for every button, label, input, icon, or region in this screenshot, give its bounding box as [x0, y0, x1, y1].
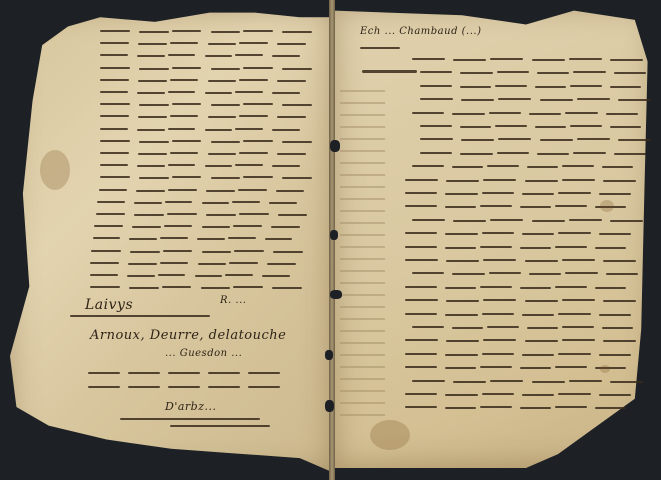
handwriting-stroke: [170, 79, 199, 81]
handwriting-stroke: [522, 314, 554, 316]
handwriting-stroke: [565, 112, 597, 114]
handwriting-stroke: [282, 68, 312, 70]
handwriting-stroke: [405, 259, 438, 261]
handwriting-stroke: [138, 80, 167, 82]
handwriting-stroke: [569, 58, 602, 60]
handwriting-stroke: [340, 270, 385, 272]
handwriting-stroke: [525, 180, 558, 182]
handwriting-stroke: [276, 190, 305, 192]
handwriting-stroke: [267, 263, 296, 265]
handwriting-stroke: [340, 126, 385, 128]
handwriting-stroke: [239, 213, 269, 215]
handwriting-stroke: [172, 140, 202, 142]
handwriting-stroke: [96, 213, 126, 215]
handwriting-stroke: [340, 390, 385, 392]
handwriting-stroke: [233, 225, 262, 227]
handwriting-stroke: [614, 153, 646, 155]
handwriting-stroke: [490, 58, 523, 60]
handwriting-stroke: [405, 393, 437, 395]
handwriting-stroke: [165, 201, 193, 203]
handwriting-stroke: [232, 201, 260, 203]
handwriting-stroke: [412, 380, 445, 382]
handwriting-stroke: [453, 59, 486, 61]
handwriting-stroke: [420, 125, 452, 127]
handwriting-stroke: [100, 91, 128, 93]
handwriting-stroke: [532, 59, 565, 61]
handwriting-stroke: [482, 313, 514, 315]
handwriting-stroke: [239, 79, 268, 81]
handwriting-stroke: [170, 152, 199, 154]
handwriting-stroke: [610, 381, 643, 383]
handwriting-stroke: [100, 140, 130, 142]
handwriting-stroke: [282, 31, 312, 33]
handwriting-stroke: [211, 68, 241, 70]
handwriting-stroke: [520, 367, 552, 369]
handwriting-stroke: [340, 282, 385, 284]
handwriting-stroke: [610, 126, 642, 128]
handwriting-stroke: [137, 129, 165, 131]
handwriting-stroke: [540, 99, 573, 101]
handwriting-stroke: [412, 58, 445, 60]
handwriting-stroke: [452, 327, 484, 329]
handwriting-stroke: [522, 354, 554, 356]
handwriting-stroke: [70, 315, 210, 317]
entry-heading: Ech ... Chambaud (...): [360, 26, 482, 37]
handwriting-stroke: [243, 67, 273, 69]
handwriting-stroke: [562, 259, 595, 261]
handwriting-stroke: [360, 47, 400, 49]
handwriting-stroke: [139, 104, 169, 106]
handwriting-stroke: [100, 79, 129, 81]
handwriting-stroke: [558, 353, 590, 355]
final-signature: D'arbz...: [165, 400, 217, 413]
handwriting-stroke: [272, 129, 300, 131]
handwriting-stroke: [610, 220, 643, 222]
handwriting-stroke: [405, 179, 438, 181]
handwriting-stroke: [482, 393, 514, 395]
handwriting-stroke: [90, 286, 120, 288]
handwriting-stroke: [272, 165, 300, 167]
handwriting-stroke: [248, 386, 280, 388]
handwriting-stroke: [163, 250, 193, 252]
handwriting-stroke: [100, 42, 129, 44]
handwriting-stroke: [603, 180, 636, 182]
handwriting-stroke: [497, 152, 529, 154]
handwriting-stroke: [412, 112, 444, 114]
handwriting-stroke: [100, 103, 130, 105]
handwriting-stroke: [340, 138, 385, 140]
signature-names: Arnoux, Deurre, delatouche: [90, 328, 286, 343]
handwriting-stroke: [239, 152, 268, 154]
handwriting-stroke: [201, 287, 231, 289]
handwriting-stroke: [243, 103, 273, 105]
handwriting-stroke: [229, 262, 258, 264]
handwriting-stroke: [97, 201, 125, 203]
handwriting-stroke: [278, 214, 308, 216]
handwriting-stroke: [164, 225, 193, 227]
handwriting-stroke: [160, 262, 189, 264]
handwriting-stroke: [618, 99, 651, 101]
handwriting-stroke: [562, 165, 594, 167]
handwriting-stroke: [446, 300, 479, 302]
handwriting-stroke: [405, 313, 437, 315]
handwriting-stroke: [577, 98, 610, 100]
handwriting-stroke: [234, 250, 264, 252]
handwriting-stroke: [90, 274, 118, 276]
handwriting-stroke: [272, 287, 302, 289]
handwriting-stroke: [489, 112, 521, 114]
handwriting-stroke: [243, 30, 273, 32]
handwriting-stroke: [405, 232, 437, 234]
handwriting-stroke: [603, 300, 636, 302]
handwriting-stroke: [522, 233, 554, 235]
handwriting-stroke: [445, 247, 477, 249]
handwriting-stroke: [100, 128, 128, 130]
handwriting-stroke: [445, 193, 477, 195]
handwriting-stroke: [272, 92, 300, 94]
handwriting-stroke: [480, 286, 512, 288]
handwriting-stroke: [235, 164, 263, 166]
handwriting-stroke: [412, 219, 445, 221]
handwriting-stroke: [208, 80, 237, 82]
handwriting-stroke: [483, 179, 516, 181]
handwriting-stroke: [606, 113, 638, 115]
handwriting-stroke: [340, 330, 385, 332]
handwriting-stroke: [273, 251, 303, 253]
right-manuscript-page: [334, 6, 654, 468]
handwriting-stroke: [599, 354, 631, 356]
handwriting-stroke: [558, 393, 590, 395]
handwriting-stroke: [340, 150, 385, 152]
handwriting-stroke: [340, 222, 385, 224]
handwriting-stroke: [445, 287, 477, 289]
handwriting-stroke: [208, 372, 240, 374]
page-damage-hole: [325, 350, 333, 360]
handwriting-stroke: [340, 414, 385, 416]
handwriting-stroke: [88, 386, 120, 388]
handwriting-stroke: [202, 251, 232, 253]
handwriting-stroke: [235, 128, 263, 130]
handwriting-stroke: [420, 152, 452, 154]
handwriting-stroke: [162, 286, 192, 288]
handwriting-stroke: [340, 102, 385, 104]
handwriting-stroke: [206, 190, 235, 192]
handwriting-stroke: [172, 30, 202, 32]
handwriting-stroke: [405, 299, 438, 301]
handwriting-stroke: [412, 326, 444, 328]
paper-stain: [600, 365, 610, 373]
handwriting-stroke: [532, 220, 565, 222]
signature-guesdon: ... Guesdon ...: [165, 348, 242, 359]
handwriting-stroke: [168, 386, 200, 388]
handwriting-stroke: [562, 299, 595, 301]
handwriting-stroke: [277, 153, 306, 155]
handwriting-stroke: [558, 192, 590, 194]
handwriting-stroke: [277, 80, 306, 82]
handwriting-stroke: [202, 226, 231, 228]
handwriting-stroke: [208, 386, 240, 388]
handwriting-stroke: [527, 327, 559, 329]
handwriting-stroke: [271, 226, 300, 228]
handwriting-stroke: [535, 126, 567, 128]
handwriting-stroke: [362, 70, 417, 73]
handwriting-stroke: [405, 246, 437, 248]
handwriting-stroke: [569, 219, 602, 221]
handwriting-stroke: [558, 232, 590, 234]
handwriting-stroke: [405, 366, 437, 368]
handwriting-stroke: [480, 246, 512, 248]
handwriting-stroke: [558, 313, 590, 315]
handwriting-stroke: [453, 381, 486, 383]
paper-stain: [370, 420, 410, 450]
handwriting-stroke: [198, 263, 227, 265]
handwriting-stroke: [208, 43, 237, 45]
handwriting-stroke: [136, 190, 165, 192]
page-damage-hole: [330, 290, 342, 299]
handwriting-stroke: [99, 189, 128, 191]
handwriting-stroke: [610, 59, 643, 61]
signature-laivys: Laivys: [85, 297, 133, 313]
handwriting-stroke: [595, 287, 627, 289]
handwriting-stroke: [480, 366, 512, 368]
handwriting-stroke: [100, 152, 129, 154]
handwriting-stroke: [405, 353, 437, 355]
handwriting-stroke: [562, 179, 595, 181]
handwriting-stroke: [487, 326, 519, 328]
handwriting-stroke: [482, 353, 514, 355]
handwriting-stroke: [128, 372, 160, 374]
handwriting-stroke: [595, 247, 627, 249]
handwriting-stroke: [405, 286, 437, 288]
handwriting-stroke: [88, 372, 120, 374]
handwriting-stroke: [168, 128, 196, 130]
handwriting-stroke: [168, 189, 197, 191]
handwriting-stroke: [340, 366, 385, 368]
handwriting-stroke: [238, 189, 267, 191]
handwriting-stroke: [129, 287, 159, 289]
handwriting-stroke: [94, 225, 123, 227]
handwriting-stroke: [340, 90, 385, 92]
handwriting-stroke: [139, 31, 169, 33]
handwriting-stroke: [262, 275, 290, 277]
handwriting-stroke: [522, 394, 554, 396]
handwriting-stroke: [139, 68, 169, 70]
handwriting-stroke: [532, 381, 565, 383]
handwriting-stroke: [139, 141, 169, 143]
handwriting-stroke: [100, 67, 130, 69]
handwriting-stroke: [340, 210, 385, 212]
handwriting-stroke: [570, 85, 602, 87]
handwriting-stroke: [520, 287, 552, 289]
handwriting-stroke: [555, 286, 587, 288]
handwriting-stroke: [340, 402, 385, 404]
handwriting-stroke: [482, 232, 514, 234]
handwriting-stroke: [529, 113, 561, 115]
handwriting-stroke: [205, 165, 233, 167]
handwriting-stroke: [158, 274, 186, 276]
handwriting-stroke: [452, 113, 484, 115]
handwriting-stroke: [225, 274, 253, 276]
handwriting-stroke: [483, 299, 516, 301]
handwriting-stroke: [340, 342, 385, 344]
handwriting-stroke: [239, 42, 268, 44]
handwriting-stroke: [195, 275, 223, 277]
handwriting-stroke: [340, 174, 385, 176]
handwriting-stroke: [233, 286, 263, 288]
handwriting-stroke: [495, 125, 527, 127]
handwriting-stroke: [206, 214, 236, 216]
paper-stain: [40, 150, 70, 190]
handwriting-stroke: [208, 153, 237, 155]
handwriting-stroke: [340, 318, 385, 320]
handwriting-stroke: [445, 394, 477, 396]
handwriting-stroke: [453, 220, 486, 222]
handwriting-stroke: [282, 141, 312, 143]
handwriting-stroke: [555, 366, 587, 368]
handwriting-stroke: [132, 226, 161, 228]
handwriting-stroke: [138, 43, 167, 45]
handwriting-stroke: [168, 91, 196, 93]
handwriting-stroke: [282, 104, 312, 106]
handwriting-stroke: [137, 165, 165, 167]
handwriting-stroke: [269, 202, 297, 204]
handwriting-stroke: [100, 30, 130, 32]
handwriting-stroke: [91, 250, 121, 252]
handwriting-stroke: [340, 306, 385, 308]
handwriting-stroke: [340, 378, 385, 380]
handwriting-stroke: [128, 386, 160, 388]
handwriting-stroke: [340, 162, 385, 164]
handwriting-stroke: [134, 202, 162, 204]
handwriting-stroke: [483, 259, 516, 261]
handwriting-stroke: [522, 193, 554, 195]
handwriting-stroke: [405, 192, 437, 194]
page-damage-hole: [330, 140, 340, 152]
handwriting-stroke: [445, 233, 477, 235]
handwriting-stroke: [537, 153, 569, 155]
handwriting-stroke: [525, 260, 558, 262]
handwriting-stroke: [487, 165, 519, 167]
handwriting-stroke: [100, 164, 128, 166]
handwriting-stroke: [235, 91, 263, 93]
handwriting-stroke: [211, 141, 241, 143]
handwriting-stroke: [130, 251, 160, 253]
page-damage-hole: [330, 230, 338, 240]
handwriting-stroke: [202, 202, 230, 204]
handwriting-stroke: [211, 104, 241, 106]
handwriting-stroke: [445, 367, 477, 369]
handwriting-stroke: [170, 42, 199, 44]
handwriting-stroke: [445, 314, 477, 316]
handwriting-stroke: [172, 103, 202, 105]
handwriting-stroke: [168, 372, 200, 374]
handwriting-stroke: [420, 85, 452, 87]
handwriting-stroke: [498, 98, 531, 100]
handwriting-stroke: [573, 152, 605, 154]
handwriting-stroke: [412, 165, 444, 167]
signature-second: R. ...: [220, 295, 246, 306]
handwriting-stroke: [460, 153, 492, 155]
handwriting-stroke: [602, 327, 634, 329]
handwriting-stroke: [340, 246, 385, 248]
handwriting-stroke: [243, 140, 273, 142]
handwriting-stroke: [137, 92, 165, 94]
handwriting-stroke: [420, 98, 453, 100]
handwriting-stroke: [172, 67, 202, 69]
paper-stain: [600, 200, 614, 212]
handwriting-stroke: [495, 85, 527, 87]
handwriting-stroke: [340, 198, 385, 200]
handwriting-stroke: [445, 354, 477, 356]
handwriting-stroke: [120, 418, 260, 420]
handwriting-stroke: [555, 246, 587, 248]
handwriting-stroke: [340, 186, 385, 188]
handwriting-stroke: [525, 300, 558, 302]
handwriting-stroke: [603, 260, 636, 262]
handwriting-stroke: [460, 126, 492, 128]
handwriting-stroke: [482, 192, 514, 194]
handwriting-stroke: [170, 425, 270, 427]
handwriting-stroke: [520, 247, 552, 249]
handwriting-stroke: [134, 214, 164, 216]
handwriting-stroke: [138, 153, 167, 155]
handwriting-stroke: [211, 31, 241, 33]
handwriting-stroke: [527, 166, 559, 168]
handwriting-stroke: [599, 314, 631, 316]
handwriting-stroke: [610, 86, 642, 88]
handwriting-stroke: [277, 43, 306, 45]
handwriting-stroke: [599, 233, 631, 235]
handwriting-stroke: [569, 380, 602, 382]
handwriting-stroke: [168, 164, 196, 166]
handwriting-stroke: [248, 372, 280, 374]
handwriting-stroke: [599, 193, 631, 195]
handwriting-stroke: [460, 86, 492, 88]
handwriting-stroke: [562, 326, 594, 328]
handwriting-stroke: [446, 180, 479, 182]
handwriting-stroke: [128, 263, 157, 265]
handwriting-stroke: [340, 354, 385, 356]
handwriting-stroke: [535, 86, 567, 88]
handwriting-stroke: [340, 234, 385, 236]
handwriting-stroke: [90, 262, 119, 264]
handwriting-stroke: [167, 213, 197, 215]
handwriting-stroke: [205, 129, 233, 131]
handwriting-stroke: [205, 92, 233, 94]
handwriting-stroke: [490, 380, 523, 382]
handwriting-stroke: [127, 275, 155, 277]
handwriting-stroke: [490, 219, 523, 221]
handwriting-stroke: [602, 166, 634, 168]
handwriting-stroke: [340, 294, 385, 296]
page-damage-hole: [325, 400, 334, 412]
handwriting-stroke: [446, 260, 479, 262]
handwriting-stroke: [461, 99, 494, 101]
handwriting-stroke: [570, 125, 602, 127]
handwriting-stroke: [340, 258, 385, 260]
handwriting-stroke: [599, 394, 631, 396]
handwriting-stroke: [340, 114, 385, 116]
handwriting-stroke: [452, 166, 484, 168]
